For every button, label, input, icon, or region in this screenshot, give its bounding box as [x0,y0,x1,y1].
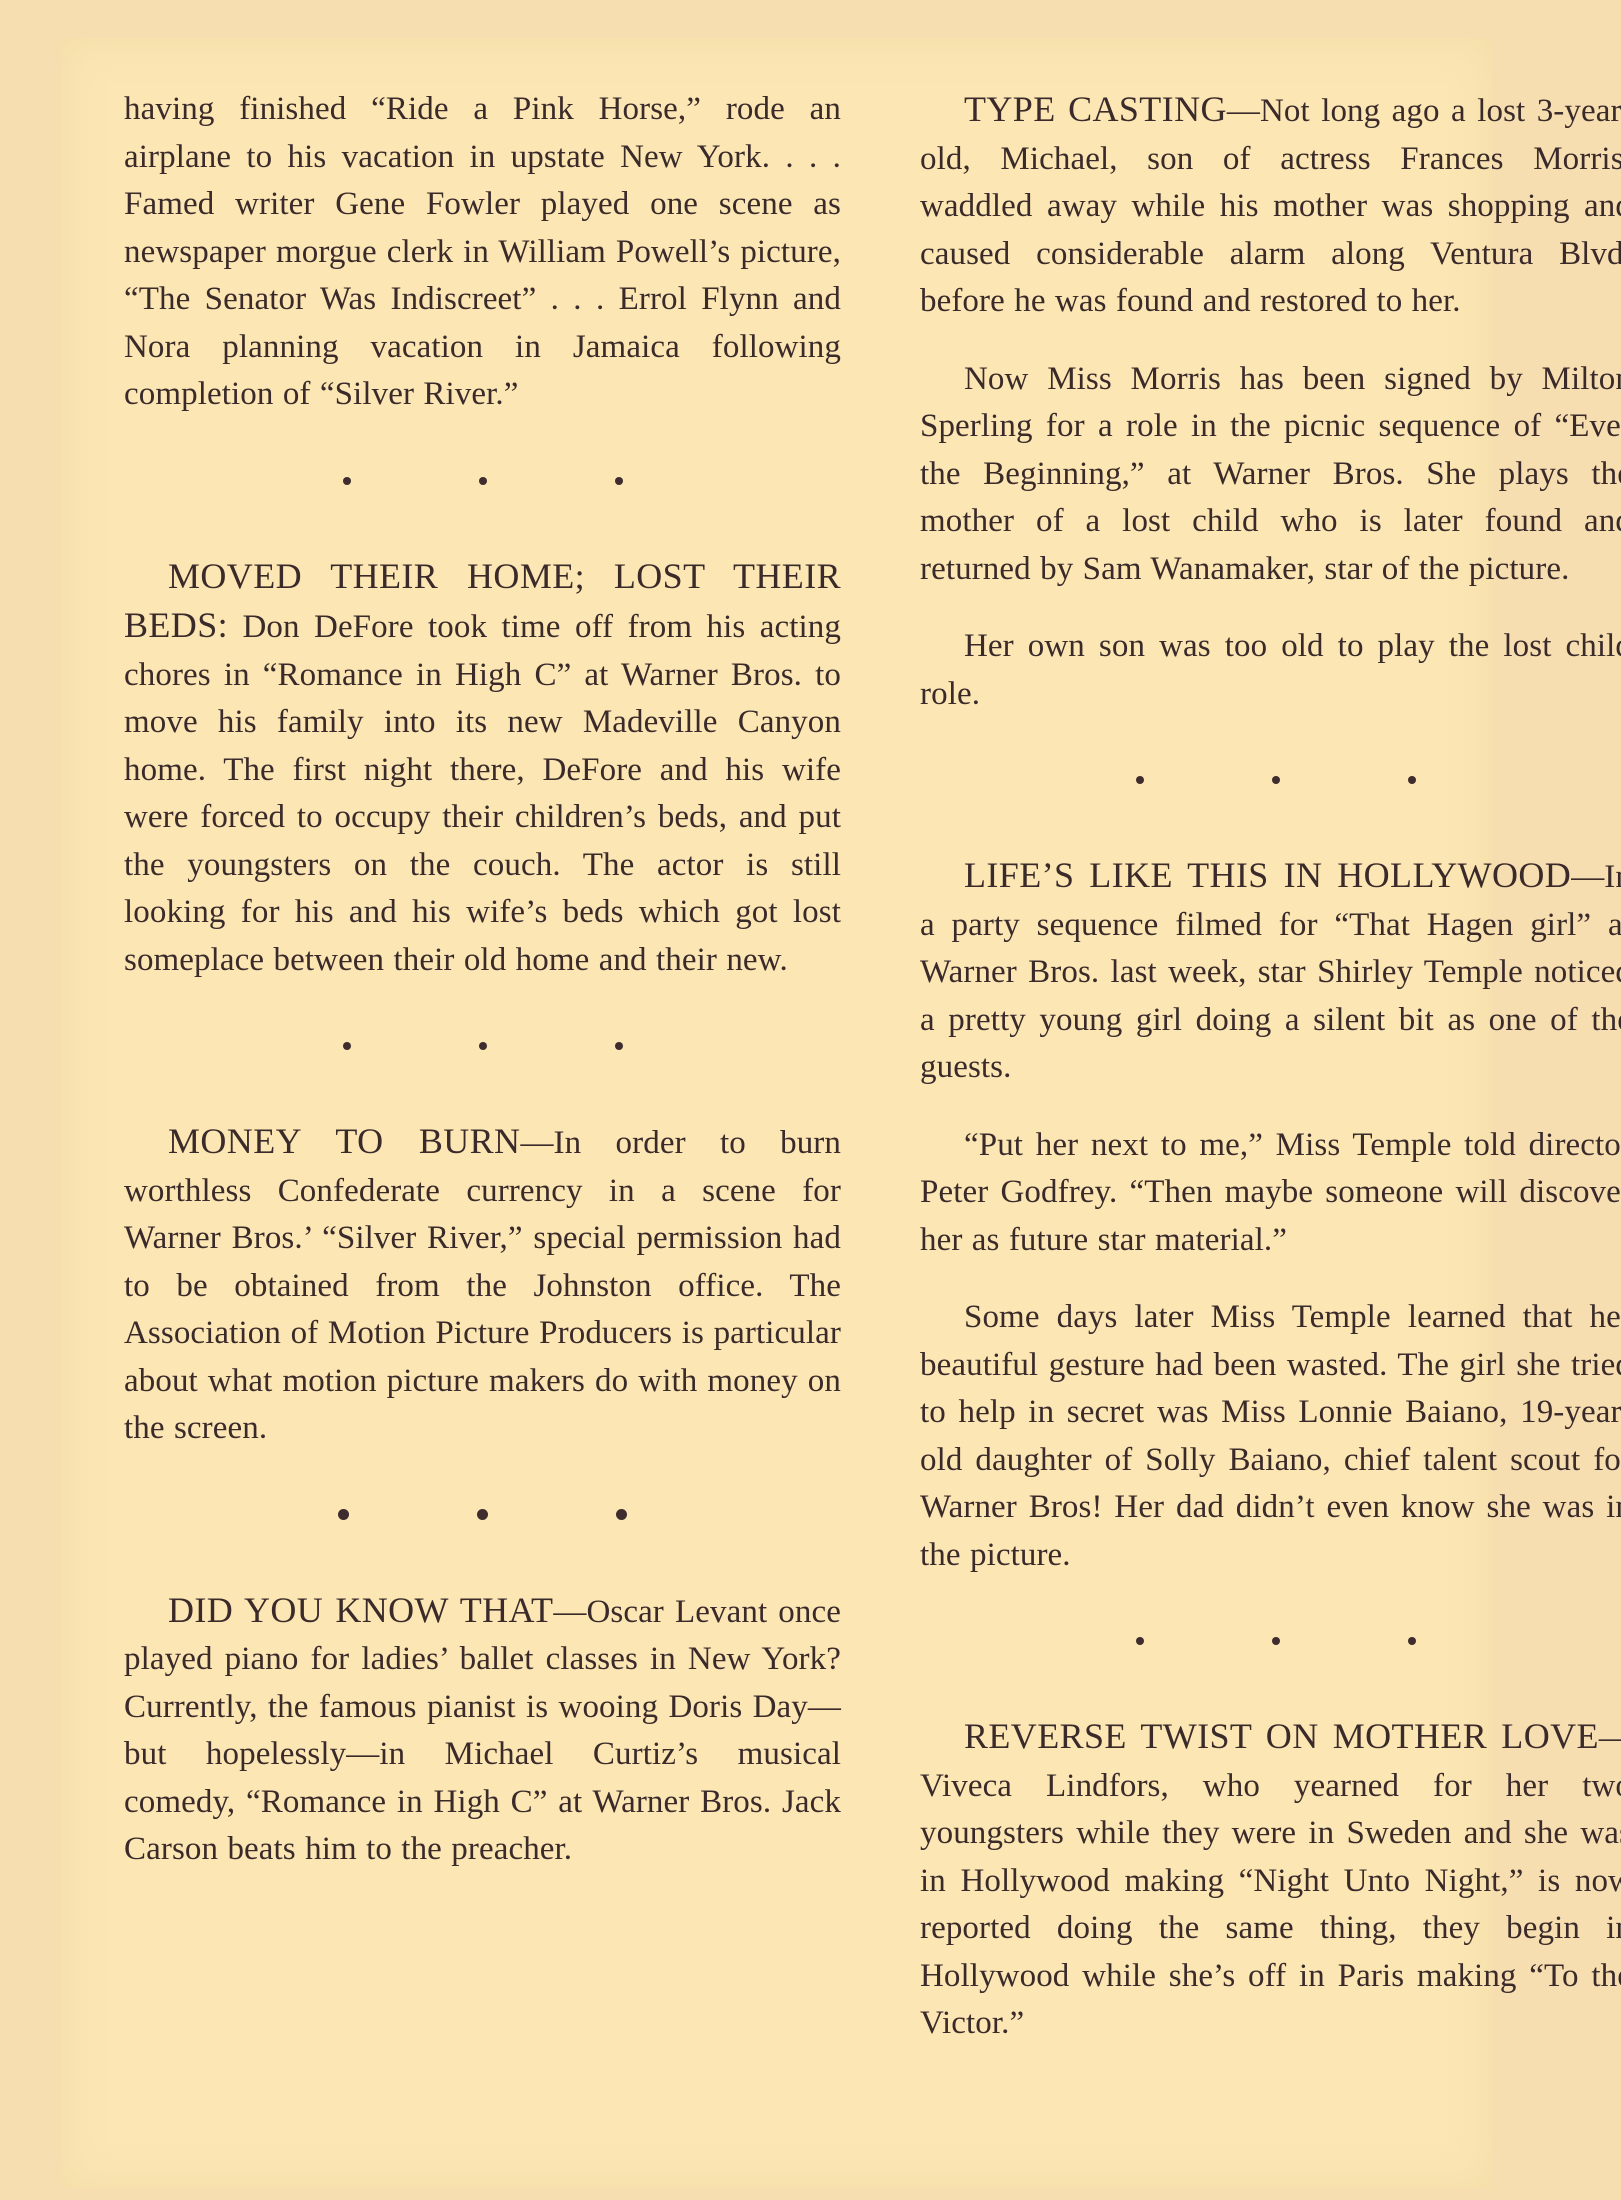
news-item-reverse-twist: REVERSE TWIST ON MOTHER LOVE—Viveca Lind… [920,1713,1621,2048]
section-separator [124,1505,841,1525]
separator-dot-icon [477,1509,488,1520]
news-item-heading: MONEY TO BURN [168,1121,520,1161]
section-separator [920,770,1621,790]
news-item-body: —Viveca Lindfors, who yearned for her tw… [920,1720,1621,2041]
left-column: having finished “Ride a Pink Horse,” rod… [124,86,841,1874]
news-item-money-to-burn: MONEY TO BURN—In order to burn worthless… [124,1118,841,1453]
separator-dot-icon [1272,776,1280,784]
news-item-paragraph: “Put her next to me,” Miss Temple told d… [920,1122,1621,1265]
separator-dot-icon [1272,1637,1280,1645]
news-item-body: Don DeFore took time off from his acting… [124,609,841,978]
news-item-did-you-know: DID YOU KNOW THAT—Oscar Levant once play… [124,1587,841,1874]
section-separator [124,471,841,491]
separator-dot-icon [479,477,487,485]
separator-dot-icon [1408,776,1416,784]
separator-dot-icon [615,477,623,485]
news-item-heading: REVERSE TWIST ON MOTHER LOVE [964,1716,1599,1756]
news-item-paragraph: Her own son was too old to play the lost… [920,623,1621,718]
separator-dot-icon [343,1042,351,1050]
separator-dot-icon [338,1509,349,1520]
separator-dot-icon [1136,1637,1144,1645]
news-item-type-casting: TYPE CASTING—Not long ago a lost 3-year-… [920,86,1621,326]
news-item-heading: LIFE’S LIKE THIS IN HOLLYWOOD [964,855,1571,895]
section-separator [124,1036,841,1056]
news-item-lifes-like-this: LIFE’S LIKE THIS IN HOLLYWOOD—In a party… [920,852,1621,1092]
section-separator [920,1631,1621,1651]
separator-dot-icon [1136,776,1144,784]
news-item-paragraph: Some days later Miss Temple learned that… [920,1294,1621,1579]
right-column: TYPE CASTING—Not long ago a lost 3-year-… [920,86,1621,2048]
news-item-body: —In order to burn worthless Confederate … [124,1125,841,1446]
separator-dot-icon [343,477,351,485]
news-item-heading: DID YOU KNOW THAT [168,1590,553,1630]
intro-paragraph: having finished “Ride a Pink Horse,” rod… [124,86,841,419]
separator-dot-icon [479,1042,487,1050]
separator-dot-icon [615,1042,623,1050]
news-item-paragraph: Now Miss Morris has been signed by Milto… [920,356,1621,594]
news-item-body: —Oscar Levant once played piano for ladi… [124,1594,841,1868]
news-item-moved-home: MOVED THEIR HOME; LOST THEIR BEDS: Don D… [124,553,841,985]
separator-dot-icon [1408,1637,1416,1645]
separator-dot-icon [616,1509,627,1520]
page-sheet: having finished “Ride a Pink Horse,” rod… [62,38,1492,2188]
news-item-heading: TYPE CASTING [964,89,1227,129]
